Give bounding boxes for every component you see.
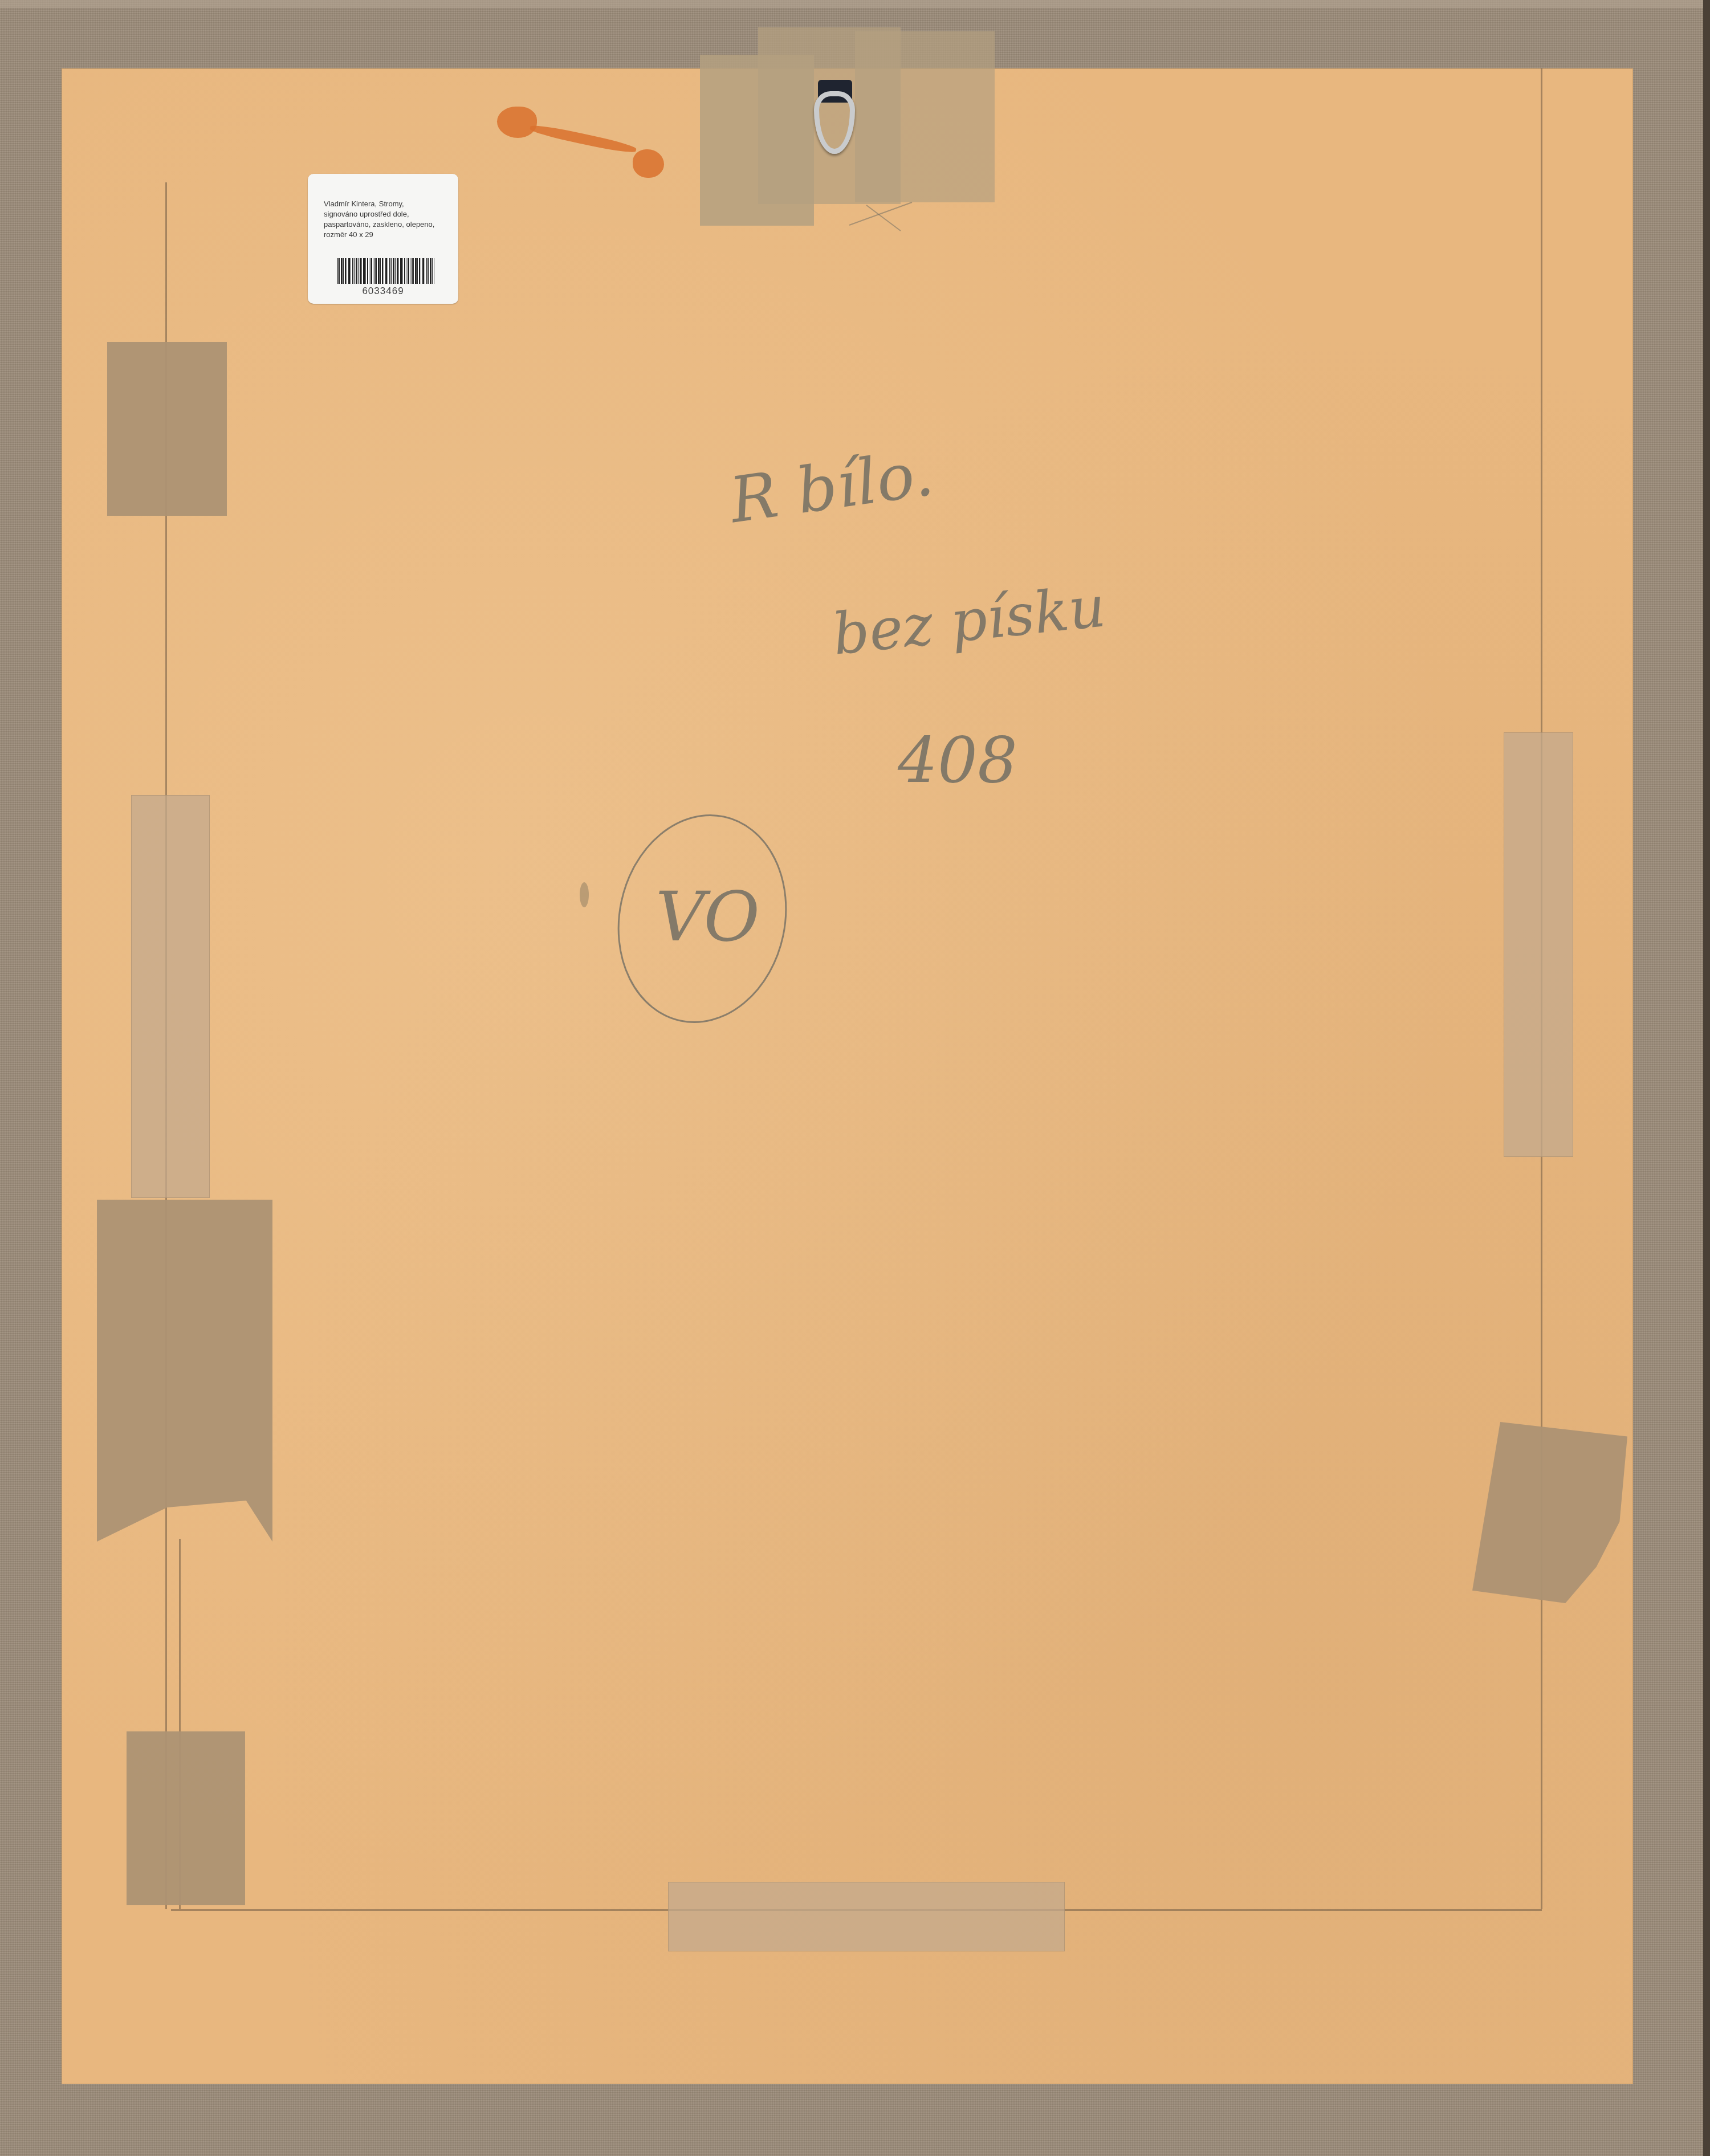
pencil-note-line3: 408 xyxy=(898,724,1017,797)
tape-left-1 xyxy=(107,342,227,516)
tape-left-4 xyxy=(127,1731,245,1905)
tape-right-1 xyxy=(1504,732,1573,1157)
label-description: Vladmír Kintera, Stromy, signováno upros… xyxy=(324,199,449,240)
hanger-tape-right xyxy=(855,31,995,202)
inventory-label: Vladmír Kintera, Stromy, signováno upros… xyxy=(308,174,458,304)
tape-left-2 xyxy=(131,795,210,1198)
backing-board xyxy=(62,68,1633,2084)
frame-top-edge xyxy=(0,0,1704,8)
barcode-number: 6033469 xyxy=(308,286,458,297)
tape-bottom xyxy=(668,1882,1065,1951)
barcode-icon xyxy=(337,258,434,284)
orange-stain-blob xyxy=(497,107,537,138)
orange-stain-drop xyxy=(633,149,664,178)
frame-right-edge xyxy=(1703,0,1710,2156)
tape-left-3 xyxy=(97,1200,272,1542)
circled-mark-text: VO xyxy=(655,878,760,957)
